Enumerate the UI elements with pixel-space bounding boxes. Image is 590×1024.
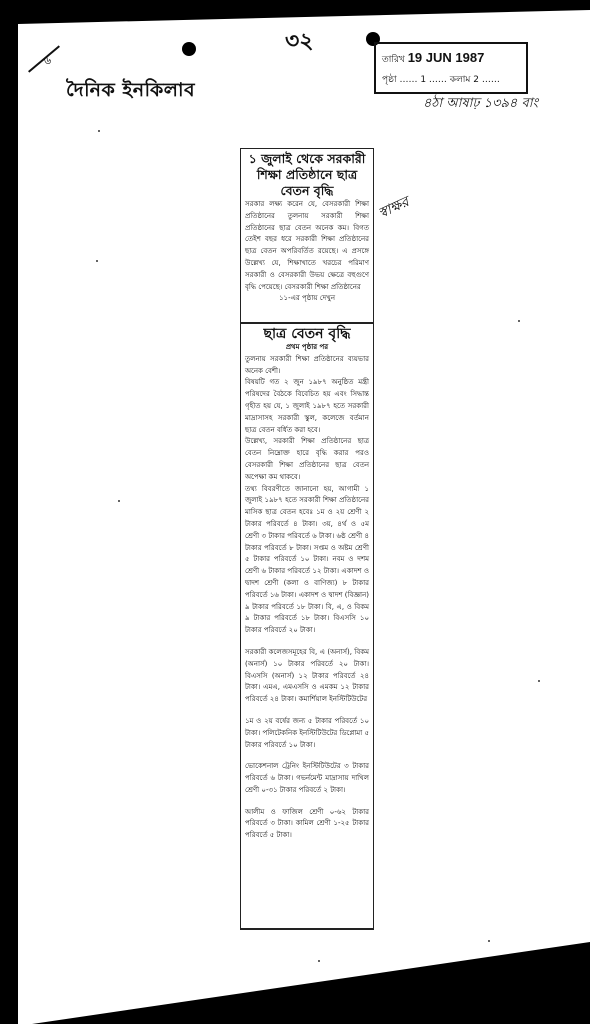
paragraph: উল্লেখ্য, সরকারী শিক্ষা প্রতিষ্ঠানের ছাত… [245,436,369,483]
paragraph: বিষয়টি গত ২ জুন ১৯৮৭ অনুষ্ঠিত মন্ত্রী প… [245,377,369,436]
continued-headline: ছাত্র বেতন বৃদ্ধি [245,326,369,342]
continued-subhead: প্রথম পৃষ্ঠার পর [245,342,369,354]
news-clipping-continued: ছাত্র বেতন বৃদ্ধি প্রথম পৃষ্ঠার পর তুলনা… [240,322,374,930]
stamp-column-value: 2 [473,75,479,85]
page-number: ৩২ [285,24,314,61]
paragraph: ভোকেশনাল ট্রেনিং ইনস্টিটিউটের ৩ টাকার পর… [245,761,369,796]
paragraph: তুলনায় সরকারী শিক্ষা প্রতিষ্ঠানের ব্যয়… [245,354,369,378]
corner-mark: ৬ [44,52,51,71]
signature: স্বাক্ষর [374,190,413,225]
document-page: ৬ দৈনিক ইনকিলাব ৩২ তারিখ 19 JUN 1987 পৃষ… [18,0,590,1024]
handwritten-date: ৪ঠা আষাঢ় ১৩৯৪ বাং [423,94,538,115]
newspaper-name: দৈনিক ইনকিলাব [66,76,195,108]
paragraph: সরকারী কলেজসমূহের বি, এ (অনার্স), বিকম (… [245,647,369,706]
news-clipping-front: ১ জুলাই থেকে সরকারী শিক্ষা প্রতিষ্ঠানে ছ… [240,148,374,322]
article-body: সরকার লক্ষ্য করেন যে, বেসরকারী শিক্ষা প্… [245,199,369,293]
paragraph: আলীম ও ফাজিল শ্রেণী ০-৬২ টাকার পরিবর্তে … [245,807,369,842]
stamp-column-label: কলাম [450,75,471,85]
continued-note: ১১-এর পৃষ্ঠায় দেখুন [245,293,369,305]
article-headline: ১ জুলাই থেকে সরকারী শিক্ষা প্রতিষ্ঠানে ছ… [245,151,369,199]
stamp-date: 19 JUN 1987 [408,50,485,65]
punch-hole [182,42,196,56]
date-stamp: তারিখ 19 JUN 1987 পৃষ্ঠা …… 1 …… কলাম 2 … [374,42,528,94]
stamp-page-label: পৃষ্ঠা [382,75,397,85]
stamp-date-label: তারিখ [382,55,405,65]
paragraph: ১ম ও ২য় বর্ষের জন্য ৫ টাকার পরিবর্তে ১০… [245,716,369,751]
paragraph: তথ্য বিবরণীতে জানানো হয়, আগামী ১ জুলাই … [245,484,369,637]
stamp-page-value: 1 [420,75,426,85]
